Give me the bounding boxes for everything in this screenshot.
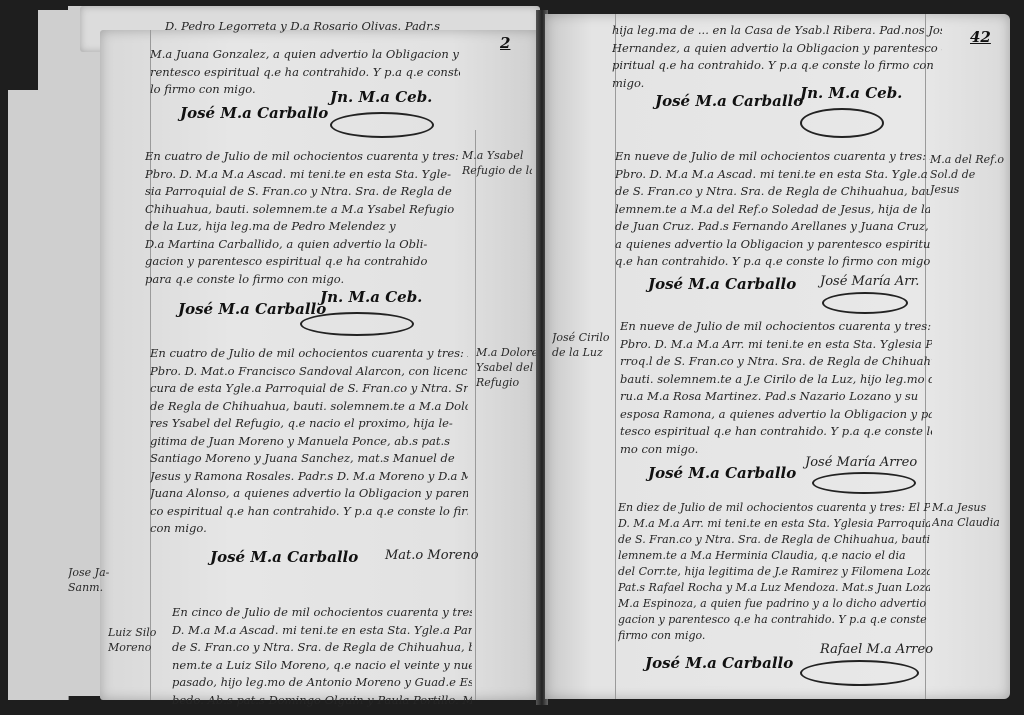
right-header-text: hija leg.ma de ... en la Casa de Ysab.l … [612, 22, 942, 92]
page-edges [38, 10, 69, 700]
signature: José M.a Carballo [655, 92, 803, 110]
signature: Mat.o Moreno [385, 548, 479, 563]
signature-flourish [800, 108, 884, 138]
signature-flourish [300, 312, 414, 336]
baptism-entry: En nueve de Julio de mil ochocientos cua… [615, 148, 930, 271]
signature: José M.a Carballo [648, 275, 796, 293]
signature-flourish [800, 660, 919, 686]
signature: Jn. M.a Ceb. [330, 88, 432, 106]
signature: José M.a Carballo [645, 654, 793, 672]
left-header-text: D. Pedro Legorreta y D.a Rosario Olivas.… [165, 18, 465, 36]
baptism-entry: En cuatro de Julio de mil ochocientos cu… [150, 345, 468, 538]
signature: Jn. M.a Ceb. [800, 84, 902, 102]
baptism-entry: En cuatro de Julio de mil ochocientos cu… [145, 148, 460, 288]
signature: Jn. M.a Ceb. [320, 288, 422, 306]
signature: José M.a Carballo [178, 300, 326, 318]
right-page-number: 42 [970, 28, 991, 46]
signature-flourish [330, 112, 434, 138]
margin-note: Luiz Silo Moreno [108, 625, 168, 655]
margin-note: M.a Ysabel Refugio de la Luz [462, 148, 532, 178]
signature: José M.a Carballo [648, 464, 796, 482]
margin-note: M.a Jesus Ana Claudia [932, 500, 1012, 530]
open-register-book: 2 D. Pedro Legorreta y D.a Rosario Oliva… [0, 0, 1024, 715]
margin-note: José Cirilo de la Luz [552, 330, 614, 360]
baptism-entry: En nueve de Julio de mil ochocientos cua… [620, 318, 932, 458]
margin-note: M.a del Ref.o Sol.d de Jesus [930, 152, 1010, 197]
baptism-entry: En cinco de Julio de mil ochocientos cua… [172, 604, 472, 709]
margin-note-fragment: Jose Ja- Sanm. [68, 565, 138, 595]
signature: José María Arr. [820, 274, 919, 289]
page-edges [8, 90, 39, 700]
signature: José María Arreo [805, 455, 917, 470]
signature-flourish [812, 472, 916, 494]
signature: José M.a Carballo [210, 548, 358, 566]
signature: Rafael M.a Arreo [820, 642, 933, 657]
margin-note: M.a Dolores Ysabel del Refugio [476, 345, 540, 390]
left-page-number: 2 [500, 34, 510, 52]
signature-flourish [822, 292, 908, 314]
baptism-entry: En diez de Julio de mil ochocientos cuar… [618, 500, 930, 644]
signature: José M.a Carballo [180, 104, 328, 122]
